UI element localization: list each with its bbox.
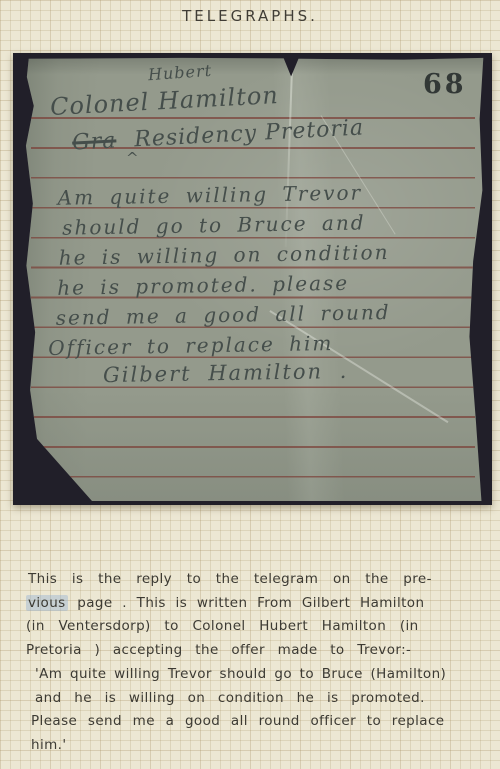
signature-handwriting: Gilbert Hamilton . (103, 359, 349, 387)
caption-line: Pretoria ) accepting the offer made to T… (26, 639, 492, 663)
photo-mount: 68 Hubert Colonel Hamilton Gra Residency… (13, 53, 492, 505)
caption-line: 'Am quite willing Trevor should go to Br… (26, 663, 492, 687)
caption-line: Please send me a good all round officer … (26, 710, 492, 734)
insertion-caret: ^ (126, 149, 139, 167)
inserted-name-handwriting: Hubert (147, 61, 212, 84)
telegram-paper: 68 Hubert Colonel Hamilton Gra Residency… (25, 57, 487, 501)
caption-line: and he is willing on condition he is pro… (26, 687, 492, 711)
caption-block: This is the reply to the telegram on the… (26, 568, 492, 758)
page-title: TELEGRAPHS. (0, 7, 500, 25)
scrapbook-page: TELEGRAPHS. 68 Hubert Colonel Hamilton G… (0, 0, 500, 769)
caption-line: vious page . This is written From Gilber… (26, 592, 492, 616)
caption-line: This is the reply to the telegram on the… (26, 568, 492, 592)
highlighted-word: vious (26, 595, 68, 611)
telegram-body: Am quite willing Trevor should go to Bru… (45, 180, 391, 366)
caption-line: him.' (26, 734, 492, 758)
page-number-stamp: 68 (423, 69, 467, 100)
caption-line: (in Ventersdorp) to Colonel Hubert Hamil… (26, 615, 492, 639)
struck-out-word: Gra (72, 128, 117, 155)
caption-line-text: page . This is written From Gilbert Hami… (68, 595, 425, 611)
